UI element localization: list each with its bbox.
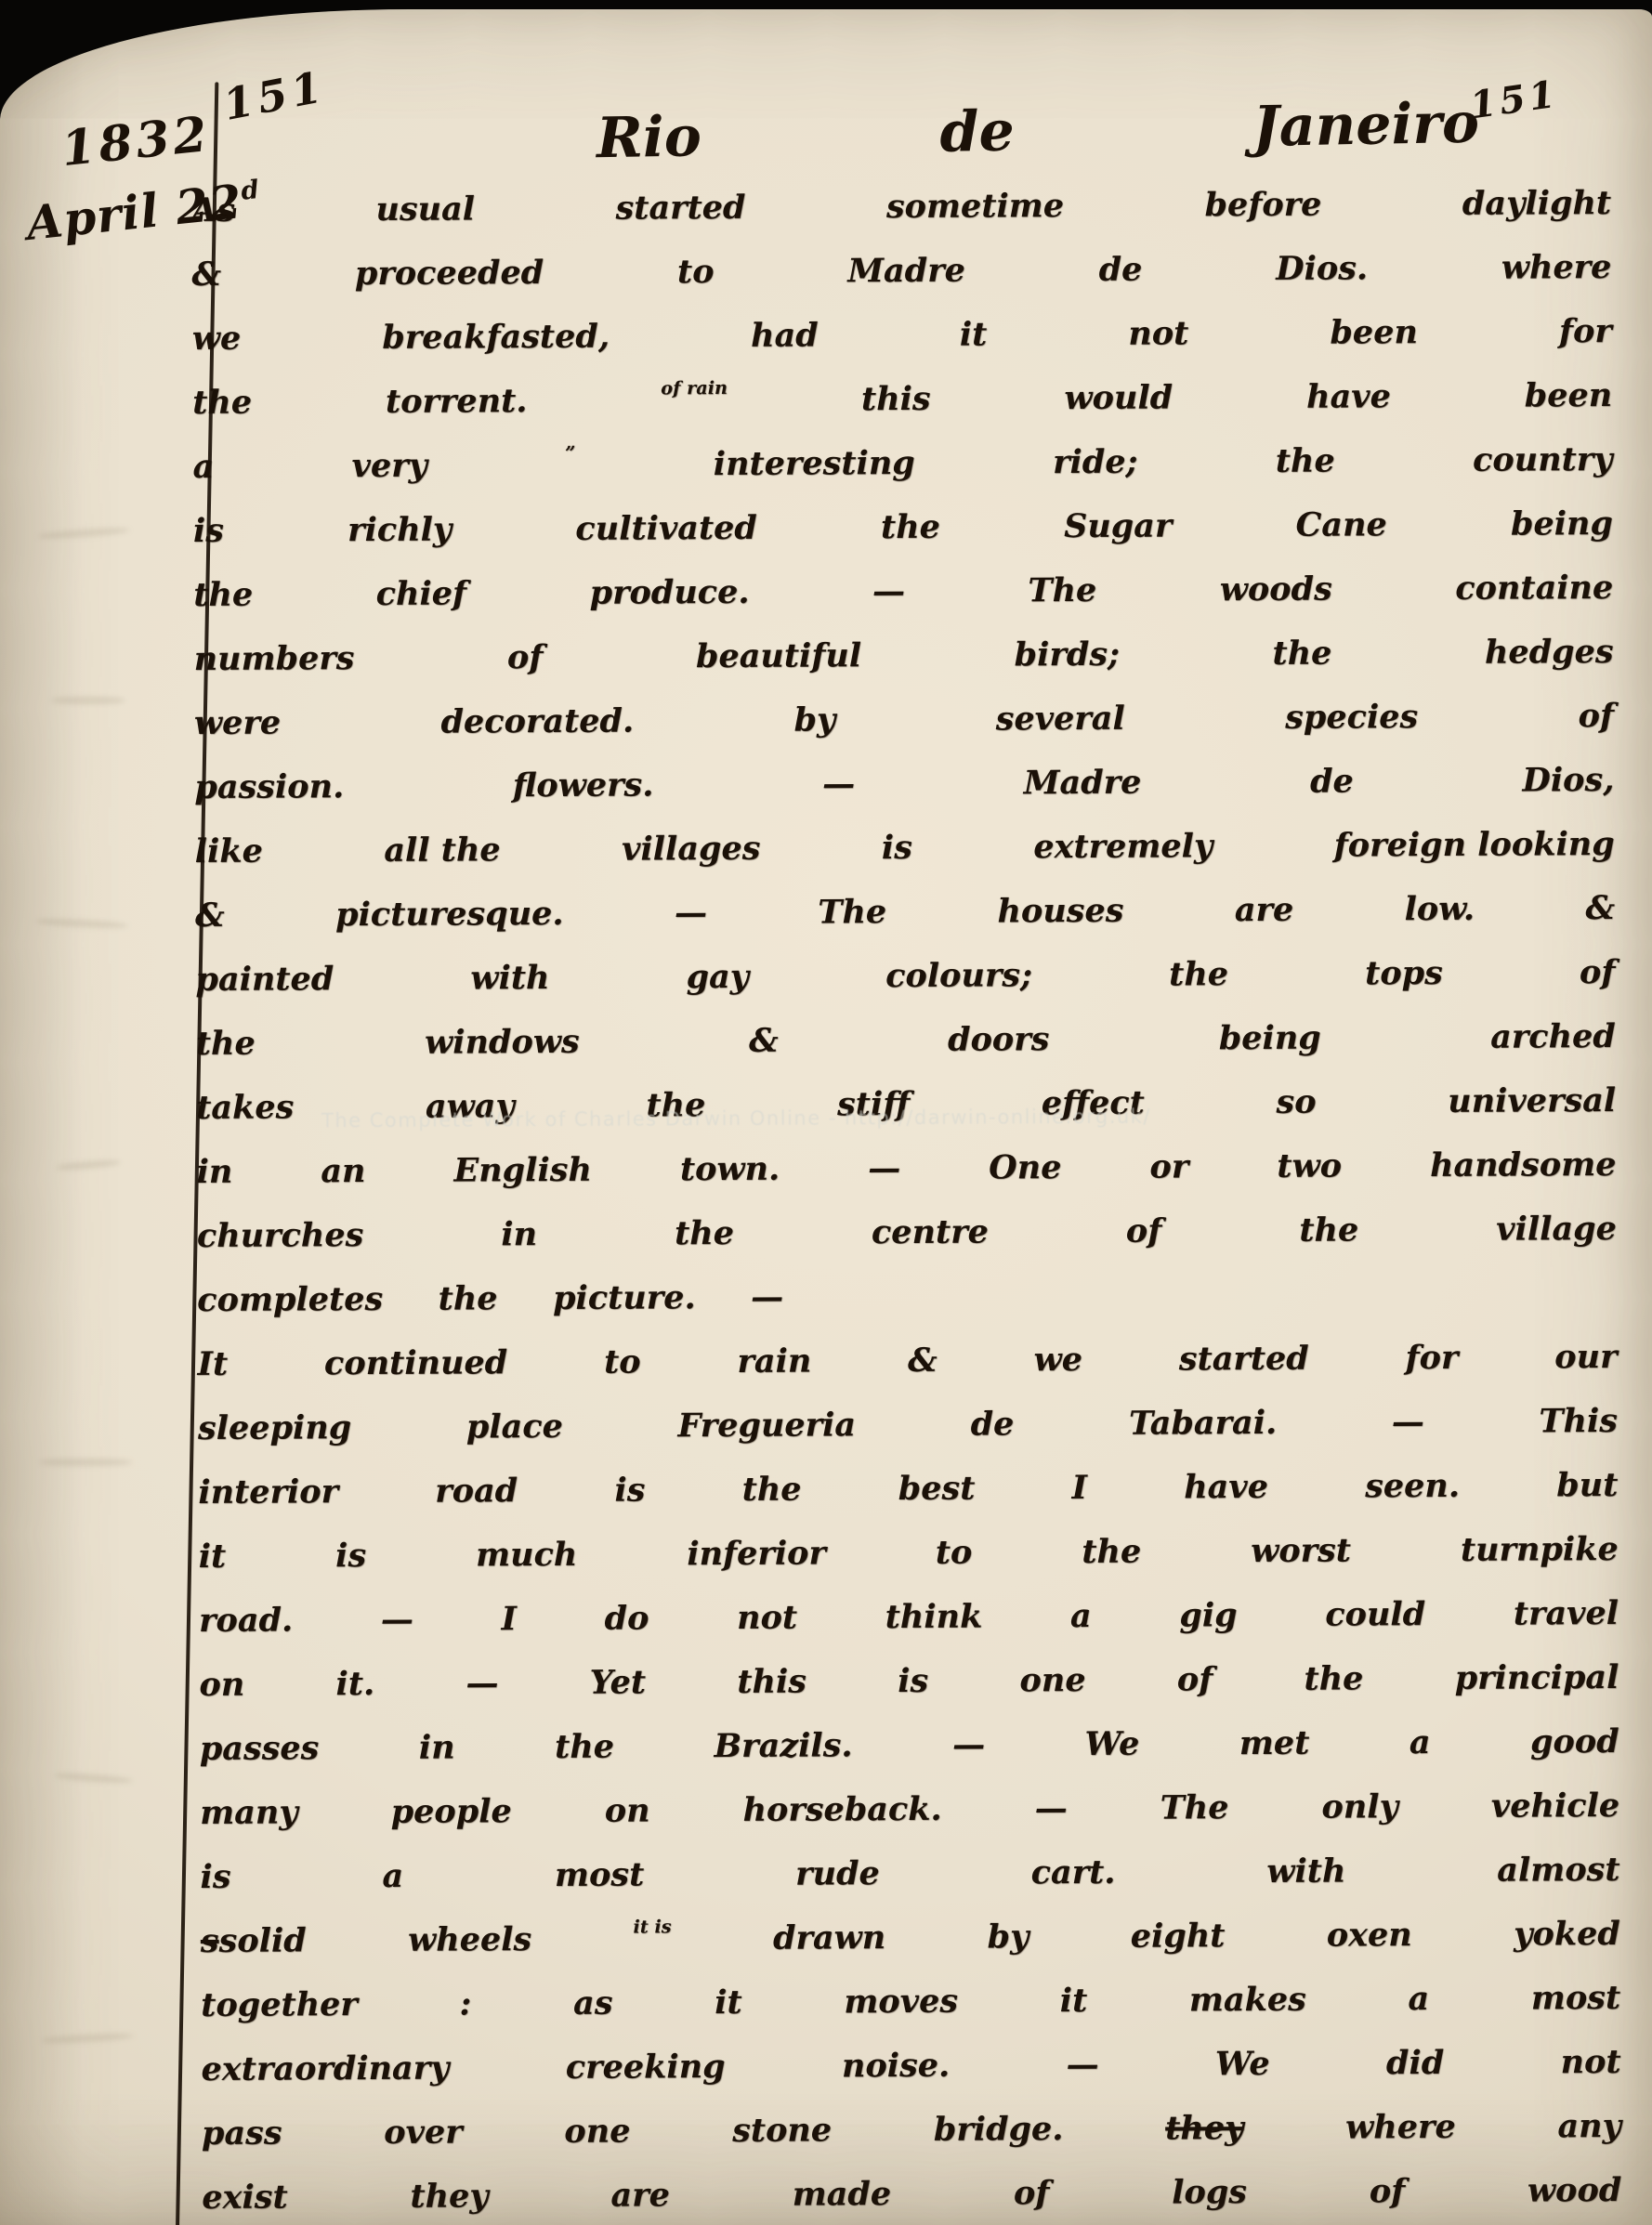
manuscript-line: ssolidwheelsit isdrawnbyeightoxenyoked (201, 1915, 1620, 1961)
word: exist (202, 2178, 288, 2216)
word: is (200, 1858, 230, 1896)
word: one (1019, 1661, 1085, 1699)
manuscript-line: weredecorated.byseveralspeciesof (194, 697, 1614, 743)
word: Brazils. (714, 1726, 852, 1765)
word: breakfasted, (382, 318, 610, 357)
word: cart. (1031, 1853, 1116, 1891)
word: drawn (773, 1918, 885, 1957)
word: had (751, 316, 819, 354)
word: gig (1179, 1596, 1237, 1634)
word: in (419, 1729, 455, 1767)
word: a (192, 448, 214, 486)
word: being (1219, 1019, 1321, 1058)
word: like (195, 832, 263, 870)
manuscript-line: webreakfasted,haditnotbeenfor (192, 312, 1612, 359)
word: a (1070, 1597, 1092, 1635)
manuscript-line: likeall thevillagesisextremelyforeign lo… (195, 825, 1615, 871)
word: turnpike (1461, 1530, 1619, 1569)
word: for (1559, 312, 1612, 350)
word: takes (196, 1088, 294, 1127)
word: this (737, 1663, 806, 1701)
word: it is (633, 1916, 671, 1937)
manuscript-line: manypeopleonhorseback.—Theonlyvehicle (200, 1787, 1619, 1833)
word: the (1276, 442, 1335, 480)
word: is (335, 1537, 366, 1575)
word: only (1321, 1787, 1398, 1826)
struck-word: s (201, 1922, 219, 1960)
word: tops (1365, 954, 1443, 992)
word: & (749, 1022, 779, 1060)
word: best (898, 1470, 976, 1508)
word: : (459, 1984, 471, 2022)
word: It (198, 1345, 229, 1383)
word: painted (195, 960, 334, 999)
word: of (1126, 1212, 1162, 1250)
word: produce. (589, 573, 749, 612)
word: chief (376, 574, 467, 613)
word: to (677, 253, 715, 291)
word: of (1580, 953, 1616, 991)
word: horseback. (742, 1790, 941, 1829)
word: with (1266, 1852, 1345, 1891)
manuscript-line: churchesinthecentreofthevillage (197, 1210, 1617, 1256)
word: passes (200, 1729, 320, 1768)
word: many (200, 1793, 298, 1832)
word: — (872, 572, 905, 610)
show-through-mark (56, 1158, 121, 1171)
word: of (1370, 2172, 1406, 2210)
word: two (1277, 1147, 1342, 1185)
word: passion. (194, 767, 344, 806)
photographed-diary-page: 1832 April 22d 151 151 RiodeJaneiro The … (0, 0, 1652, 2225)
struck-word: they (1165, 2109, 1243, 2147)
word: the (1082, 1533, 1141, 1571)
watermark-text: The Complete Work of Charles Darwin Onli… (321, 1106, 1151, 1132)
word: a (1409, 1723, 1431, 1761)
word: richly (347, 511, 452, 550)
manuscript-line: passoveronestonebridge.theywhereany (202, 2107, 1621, 2153)
word: species (1285, 698, 1418, 737)
word: continued (324, 1343, 507, 1382)
word: logs (1172, 2173, 1247, 2211)
word: good (1530, 1722, 1619, 1761)
word: it. (335, 1665, 374, 1703)
word: is (193, 512, 224, 550)
word: with (470, 959, 549, 997)
word: where (1345, 2108, 1456, 2147)
manuscript-line: avery”interestingride;thecountry (192, 440, 1612, 487)
word: numbers (194, 639, 355, 678)
manuscript-line: numbersofbeautifulbirds;thehedges (194, 633, 1614, 679)
word: proceeded (355, 254, 544, 293)
word: the (196, 1025, 256, 1063)
word: ssolid (201, 1921, 307, 1960)
word: The (1160, 1788, 1229, 1826)
manuscript-line: isrichlycultivatedtheSugarCanebeing (193, 504, 1613, 551)
word: the (192, 384, 252, 422)
manuscript-line: road.—Idonotthinkagigcouldtravel (199, 1594, 1619, 1641)
word: ” (565, 442, 575, 464)
word: very (351, 447, 427, 485)
word: as (573, 1984, 613, 2022)
word: cultivated (575, 509, 757, 548)
word: & (195, 897, 225, 935)
word: been (1525, 376, 1613, 414)
word: of (1177, 1660, 1213, 1698)
word: flowers. (513, 766, 654, 805)
manuscript-line: paintedwithgaycolours;thetopsof (195, 953, 1615, 1000)
word: — (1066, 2046, 1098, 2084)
word: the (881, 508, 940, 546)
word: — (868, 1149, 900, 1187)
word: woods (1220, 570, 1332, 609)
word: the (439, 1279, 498, 1317)
word: been (1330, 313, 1418, 351)
word: an (321, 1152, 365, 1190)
word: we (192, 320, 242, 358)
word: de (1099, 251, 1143, 289)
manuscript-body: Asusualstartedsometimebeforedaylight&pro… (191, 184, 1621, 2218)
word: rude (795, 1854, 880, 1892)
word: & (191, 255, 221, 294)
word: village (1496, 1210, 1617, 1249)
word: are (1235, 891, 1294, 929)
word: of (1578, 697, 1614, 735)
word: any (1557, 2107, 1621, 2145)
word: English (453, 1151, 592, 1190)
word: met (1239, 1724, 1310, 1762)
word: containe (1455, 569, 1613, 608)
word: — (1392, 1403, 1424, 1441)
word: are (610, 2176, 670, 2214)
word: decorated. (440, 702, 634, 741)
word: think (885, 1598, 983, 1637)
manuscript-line: passion.flowers.—MadredeDios, (194, 761, 1614, 807)
word: Dios, (1522, 761, 1614, 800)
word: or (1149, 1147, 1188, 1185)
word: The (818, 893, 886, 931)
manuscript-line: &picturesque.—Thehousesarelow.& (195, 889, 1615, 936)
word: it (1060, 1982, 1088, 2020)
word: by (987, 1917, 1029, 1956)
margin-year: 1832 (59, 106, 213, 177)
word: the (193, 576, 253, 614)
show-through-mark (51, 697, 125, 704)
word: town. (680, 1150, 780, 1189)
word: not (737, 1599, 797, 1637)
word: they (410, 2177, 488, 2215)
word: rain (737, 1342, 811, 1381)
word: Tabarai. (1129, 1404, 1277, 1443)
word: foreign looking (1334, 825, 1615, 865)
title-word: Janeiro (1252, 91, 1480, 160)
word: the (1299, 1211, 1358, 1249)
manuscript-line: Asusualstartedsometimebeforedaylight (191, 184, 1611, 230)
word: picturesque. (335, 895, 564, 934)
word: a (1408, 1980, 1429, 2018)
title-word: Rio (596, 104, 701, 171)
word: Madre (1024, 764, 1142, 803)
manuscript-line: itismuchinferiortotheworstturnpike (199, 1530, 1619, 1577)
word: houses (997, 892, 1123, 931)
word: most (1531, 1979, 1620, 2018)
word: pass (202, 2114, 282, 2153)
word: a (382, 1857, 403, 1895)
word: started (1179, 1340, 1309, 1379)
word: vehicle (1491, 1787, 1619, 1826)
word: made (793, 2175, 892, 2214)
word: Sugar (1064, 506, 1173, 545)
word: centre (872, 1213, 989, 1252)
word: together (201, 1985, 358, 2024)
word: being (1511, 504, 1613, 543)
word: on (199, 1666, 244, 1704)
show-through-mark (54, 1772, 133, 1785)
word: — (751, 1278, 783, 1316)
word: to (604, 1342, 641, 1381)
word: all the (384, 831, 501, 870)
word: started (615, 189, 745, 228)
word: so (1276, 1083, 1316, 1121)
word: the (555, 1728, 614, 1766)
word: not (1128, 314, 1188, 352)
manuscript-line: Itcontinuedtorain&westartedforour (198, 1338, 1618, 1384)
word: sometime (886, 187, 1064, 226)
word: — (1035, 1789, 1068, 1827)
word: Yet (590, 1663, 647, 1701)
word: — (465, 1664, 498, 1702)
manuscript-line: thewindows&doorsbeingarched (196, 1017, 1616, 1064)
word: yoked (1514, 1915, 1620, 1954)
word: it (715, 1983, 742, 2022)
word: The (1028, 571, 1096, 609)
manuscript-line: together:asitmovesitmakesamost (201, 1979, 1620, 2025)
word: the (1169, 955, 1228, 993)
manuscript-line: isamostrudecart.withalmost (200, 1851, 1619, 1897)
word: creeking (566, 2048, 726, 2087)
word: inferior (687, 1534, 826, 1573)
word: of (1014, 2174, 1050, 2212)
word: Madre (847, 252, 965, 291)
word: Cane (1295, 505, 1386, 544)
word: is (882, 829, 912, 867)
word: not (1560, 2043, 1620, 2081)
word: most (555, 1855, 644, 1894)
word: birds; (1015, 635, 1121, 674)
word: were (194, 704, 281, 742)
word: of (507, 638, 544, 676)
word: worst (1251, 1531, 1351, 1570)
word: arched (1490, 1017, 1616, 1056)
manuscript-line: thechiefproduce.—Thewoodscontaine (193, 569, 1613, 615)
word: where (1501, 248, 1612, 287)
manuscript-line: passesintheBrazils.—Wemetagood (200, 1722, 1619, 1769)
word: We (1215, 2045, 1270, 2083)
word: & (908, 1342, 937, 1380)
word: for (1405, 1339, 1458, 1377)
word: did (1386, 2044, 1444, 2082)
word: people (391, 1792, 512, 1831)
word: & (1585, 889, 1615, 927)
word: but (1556, 1466, 1618, 1504)
word: makes (1189, 1981, 1306, 2020)
word: principal (1455, 1658, 1619, 1697)
word: I (1071, 1469, 1087, 1507)
word: the (675, 1214, 734, 1252)
word: to (936, 1534, 973, 1572)
word: travel (1514, 1594, 1619, 1633)
word: colours; (885, 956, 1032, 995)
word: — (822, 765, 855, 803)
word: this (861, 380, 931, 418)
word: hedges (1485, 633, 1614, 672)
word: it (960, 316, 988, 354)
word: Dios. (1276, 249, 1368, 288)
word: eight (1131, 1917, 1226, 1956)
word: several (996, 700, 1125, 739)
word: completes (197, 1280, 383, 1319)
manuscript-line: existtheyaremadeoflogsofwood (202, 2171, 1621, 2218)
word: the (1272, 635, 1331, 673)
word: do (604, 1599, 649, 1637)
word: could (1325, 1595, 1425, 1634)
word: much (476, 1536, 577, 1575)
manuscript-line: completesthepicture.— (197, 1276, 1078, 1320)
word: We (1084, 1725, 1139, 1763)
word: gay (686, 958, 749, 996)
word: windows (425, 1023, 580, 1062)
word: we (1033, 1341, 1082, 1379)
word: picture. (553, 1278, 696, 1317)
manuscript-line: extraordinarycreekingnoise.—Wedidnot (201, 2043, 1620, 2089)
manuscript-line: sleepingplaceFregueriadeTabarai.—This (198, 1402, 1618, 1448)
word: country (1473, 440, 1613, 479)
word: of rain (661, 377, 728, 399)
manuscript-line: inanEnglishtown.—Oneortwohandsome (196, 1145, 1616, 1192)
word: extraordinary (201, 2049, 449, 2088)
word: churches (197, 1216, 364, 1255)
word: As (191, 191, 235, 229)
show-through-mark (41, 2032, 134, 2044)
word: handsome (1430, 1145, 1617, 1184)
page-number-left: 151 (219, 61, 330, 130)
word: by (793, 700, 835, 739)
word: one (564, 2113, 630, 2151)
word: our (1554, 1338, 1617, 1376)
word: almost (1497, 1851, 1619, 1890)
word: sleeping (198, 1408, 351, 1447)
word: wheels (408, 1920, 531, 1959)
word: — (952, 1726, 985, 1764)
word: place (466, 1407, 563, 1446)
word: beautiful (696, 636, 861, 675)
word: before (1204, 186, 1321, 225)
word: moves (844, 1983, 958, 2022)
word: torrent. (386, 382, 528, 421)
word: the (1304, 1659, 1363, 1697)
word: is (614, 1471, 645, 1509)
word: have (1306, 377, 1391, 415)
manuscript-line: interiorroadisthebestIhaveseen.but (198, 1466, 1618, 1512)
show-through-mark (35, 917, 128, 929)
show-through-mark (37, 527, 130, 541)
page-number-right: 151 (1467, 72, 1561, 128)
word: stone (732, 2111, 832, 2150)
word: in (196, 1153, 232, 1191)
word: — (381, 1601, 413, 1639)
word: interesting (714, 444, 915, 483)
manuscript-line: onit.—Yetthisisoneoftheprincipal (199, 1658, 1619, 1705)
word: villages (622, 830, 761, 869)
word: Fregueria (677, 1406, 856, 1445)
word: over (384, 2114, 463, 2152)
word: road (435, 1472, 518, 1510)
word: is (898, 1662, 928, 1700)
word: ride; (1053, 443, 1138, 481)
manuscript-line: &proceededtoMadredeDios.where (191, 248, 1611, 294)
show-through-mark (39, 1459, 132, 1466)
word: universal (1448, 1081, 1616, 1120)
word: interior (198, 1472, 338, 1512)
word: de (1310, 762, 1354, 800)
word: it (199, 1538, 227, 1576)
manuscript-line: thetorrent.of rainthiswouldhavebeen (192, 376, 1612, 423)
word: One (989, 1148, 1061, 1186)
word: — (675, 894, 707, 932)
word: wood (1527, 2171, 1622, 2210)
word: the (742, 1471, 802, 1509)
word: road. (199, 1601, 293, 1640)
word: usual (375, 190, 475, 229)
entry-title: RiodeJaneiro (596, 91, 1479, 172)
word: This (1539, 1402, 1618, 1440)
word: would (1064, 378, 1173, 417)
title-word: de (939, 98, 1015, 164)
paper-page: 1832 April 22d 151 151 RiodeJaneiro The … (0, 9, 1652, 2225)
word: oxen (1327, 1916, 1412, 1954)
word: noise. (842, 2047, 950, 2086)
word: extremely (1033, 827, 1213, 866)
word: have (1184, 1468, 1268, 1506)
word: on (605, 1791, 650, 1829)
word: low. (1404, 890, 1475, 928)
word: I (501, 1600, 517, 1638)
word: bridge. (934, 2110, 1064, 2149)
word: daylight (1462, 184, 1611, 223)
word: in (501, 1215, 537, 1253)
word: de (971, 1405, 1015, 1443)
word: doors (948, 1020, 1050, 1059)
word: they (1165, 2109, 1243, 2147)
word: seen. (1365, 1467, 1460, 1506)
